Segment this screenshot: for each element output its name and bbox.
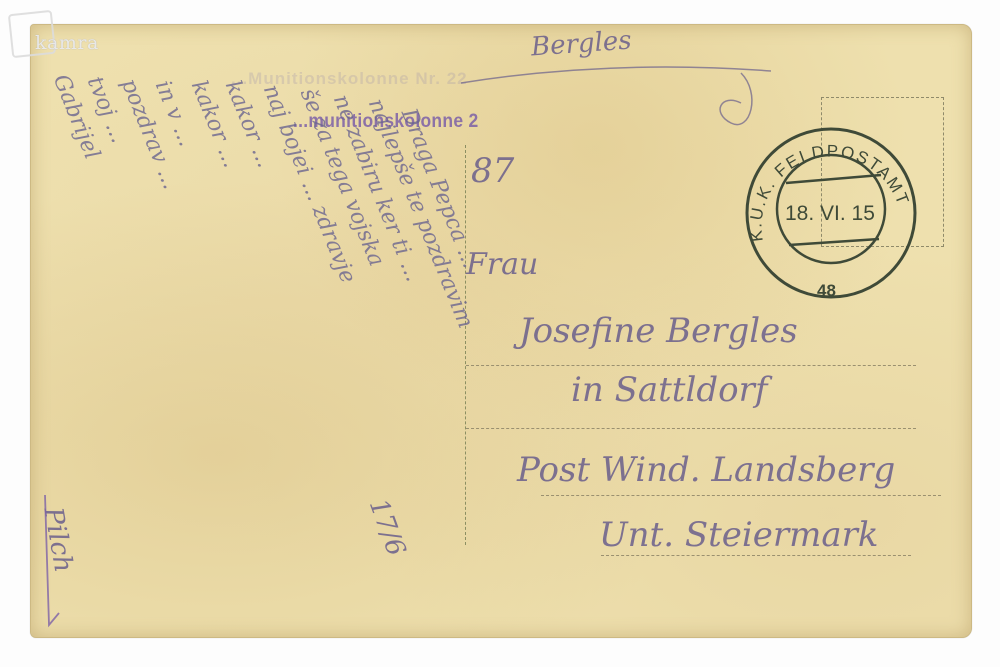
svg-text:K.U.K. FELDPOSTAMT: K.U.K. FELDPOSTAMT xyxy=(746,141,913,242)
addressee-name: Josefine Bergles xyxy=(519,311,798,351)
sender-note: Bergles xyxy=(530,26,632,63)
date-note: 17/6 xyxy=(363,495,411,560)
reference-number: 87 xyxy=(471,151,514,191)
address-town: in Sattldorf xyxy=(571,370,767,410)
postmark-number: 48 xyxy=(817,281,836,300)
address-rule xyxy=(541,495,941,496)
strike-line-icon xyxy=(451,63,771,143)
card-divider xyxy=(465,145,466,545)
address-rule xyxy=(601,555,911,556)
watermark-text: kamra xyxy=(35,32,99,54)
postcard: ...Munitionskolonne Nr. 22 ...munitionsk… xyxy=(30,24,972,638)
address-rule xyxy=(466,365,916,366)
address-post: Post Wind. Landsberg xyxy=(517,450,895,490)
postmark-top-text: K.U.K. FELDPOSTAMT xyxy=(746,141,913,242)
address-region: Unt. Steiermark xyxy=(599,515,879,555)
postmark-date: 18. VI. 15 xyxy=(785,202,875,225)
signature-underline-icon xyxy=(35,495,65,635)
address-rule xyxy=(466,428,916,429)
postmark-icon: K.U.K. FELDPOSTAMT 18. VI. 15 48 xyxy=(741,123,921,303)
